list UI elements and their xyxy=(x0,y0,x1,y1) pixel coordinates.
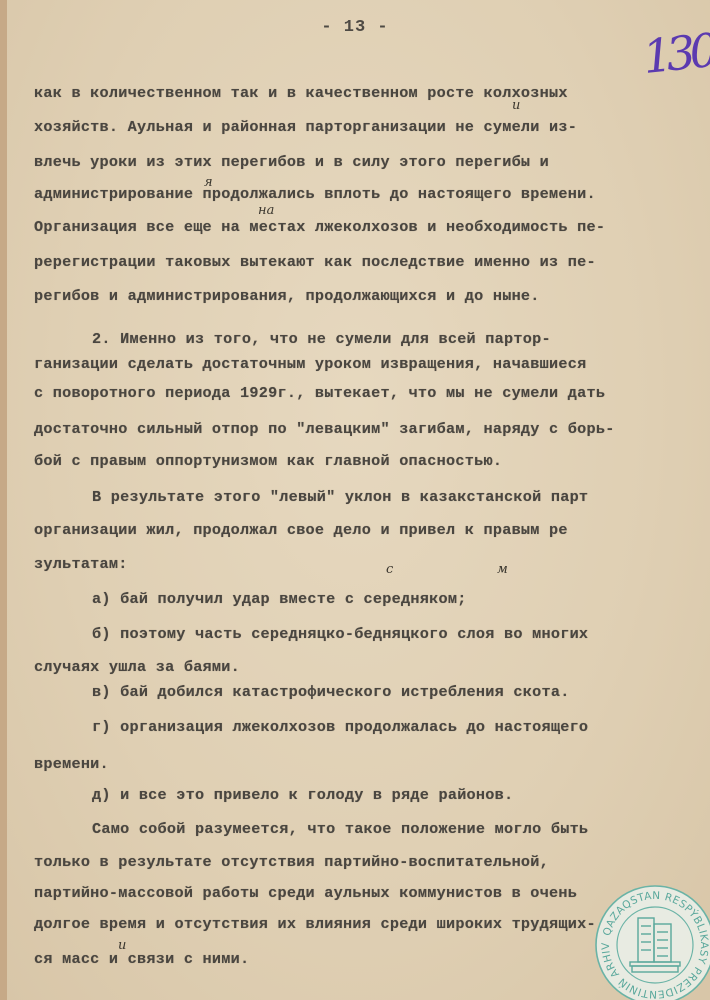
text-line: ганизации сделать достаточным уроком изв… xyxy=(34,355,586,373)
text-line: достаточно сильный отпор по "левацким" з… xyxy=(34,420,615,438)
handwritten-correction: и xyxy=(118,938,126,953)
text-line: администрирование продолжались вплоть до… xyxy=(34,185,596,203)
text-line: времени. xyxy=(34,755,109,773)
text-line: ся масс и связи с ними. xyxy=(34,950,249,968)
text-line: В результате этого "левый" уклон в казак… xyxy=(92,488,588,506)
text-line: в) бай добился катастрофического истребл… xyxy=(92,683,570,701)
text-line: а) бай получил удар вместе с середняком; xyxy=(92,590,467,608)
handwritten-correction: и xyxy=(512,98,520,113)
text-line: с поворотного периода 1929г., вытекает, … xyxy=(34,384,605,402)
text-line: регибов и администрирования, продолжающи… xyxy=(34,287,540,305)
archive-stamp: QAZAQSTAN RESPÝBLIKASY PREZIDENTINIŃ ARH… xyxy=(594,884,710,1000)
text-line: б) поэтому часть середняцко-бедняцкого с… xyxy=(92,625,588,643)
text-line: ререгистрации таковых вытекают как после… xyxy=(34,253,596,271)
text-line: д) и все это привело к голоду в ряде рай… xyxy=(92,786,513,804)
page-edge xyxy=(0,0,7,1000)
text-line: как в количественном так и в качественно… xyxy=(34,84,568,102)
text-line: Организация все еще на местах лжеколхозо… xyxy=(34,218,605,236)
handwritten-correction: с xyxy=(386,562,393,577)
handwritten-correction: на xyxy=(258,203,274,218)
text-line: организации жил, продолжал свое дело и п… xyxy=(34,521,568,539)
text-line: г) организация лжеколхозов продолжалась … xyxy=(92,718,588,736)
handwritten-folio-number: 130 xyxy=(640,21,708,107)
text-line: 2. Именно из того, что не сумели для все… xyxy=(92,330,551,348)
handwritten-correction: я xyxy=(204,175,213,190)
text-line: Само собой разумеется, что такое положен… xyxy=(92,820,588,838)
document-page: - 13 - 130 как в количественном так и в … xyxy=(0,0,710,1000)
text-line: влечь уроки из этих перегибов и в силу э… xyxy=(34,153,549,171)
text-line: партийно-массовой работы среди аульных к… xyxy=(34,884,577,902)
text-line: хозяйств. Аульная и районная парторганиз… xyxy=(34,118,577,136)
text-line: только в результате отсутствия партийно-… xyxy=(34,853,549,871)
text-line: зультатам: xyxy=(34,555,128,573)
text-line: бой с правым оппортунизмом как главной о… xyxy=(34,452,502,470)
page-number: - 13 - xyxy=(0,18,710,37)
text-line: случаях ушла за баями. xyxy=(34,658,240,676)
handwritten-correction: м xyxy=(497,562,508,577)
text-line: долгое время и отсутствия их влияния сре… xyxy=(34,915,596,933)
